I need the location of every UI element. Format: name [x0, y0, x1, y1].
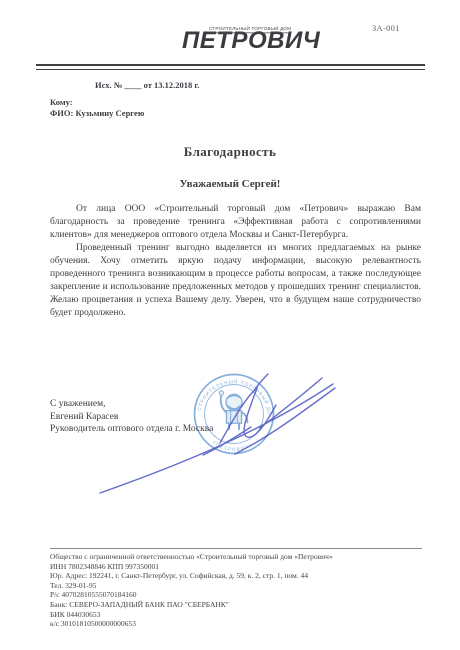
header-divider	[36, 64, 425, 70]
signoff-name: Евгений Карасев	[50, 411, 213, 424]
signoff-position: Руководитель оптового отдела г. Москва	[50, 423, 213, 436]
outgoing-ref-line: Исх. № ____ от 13.12.2018 г.	[95, 80, 199, 90]
footer-company-name: Общество с ограниченной ответственностью…	[50, 552, 430, 562]
doc-code: ЗА-001	[372, 23, 400, 33]
footer-phone: Тел. 329-01-95	[50, 581, 430, 591]
footer-divider	[50, 548, 422, 549]
footer-bank: Банк: СЕВЕРО-ЗАПАДНЫЙ БАНК ПАО "СБЕРБАНК…	[50, 600, 430, 610]
footer-inn-kpp: ИНН 7802348846 КПП 997350001	[50, 562, 430, 572]
paragraph-1: От лица ООО «Строительный торговый дом «…	[50, 203, 421, 242]
paragraph-2: Проведенный тренинг выгодно выделяется и…	[50, 242, 421, 320]
footer-address: Юр. Адрес: 192241, г. Санкт-Петербург, у…	[50, 571, 430, 581]
letter-title: Благодарность	[0, 144, 460, 160]
footer-account: Р/с 40702810555070184160	[50, 590, 430, 600]
recipient-block: Кому: ФИО: Кузьмину Сергею	[50, 97, 144, 119]
signoff-block: С уважением, Евгений Карасев Руководител…	[50, 398, 213, 436]
letter-page: ЗА-001 СТРОИТЕЛЬНЫЙ ТОРГОВЫЙ ДОМ ПЕТРОВИ…	[0, 0, 460, 650]
letter-body: От лица ООО «Строительный торговый дом «…	[50, 203, 421, 320]
logo-tagline: СТРОИТЕЛЬНЫЙ ТОРГОВЫЙ ДОМ	[209, 27, 291, 33]
recipient-name: ФИО: Кузьмину Сергею	[50, 108, 144, 119]
footer-bik: БИК 044030653	[50, 610, 430, 620]
salutation: Уважаемый Сергей!	[0, 178, 460, 190]
recipient-to-label: Кому:	[50, 97, 144, 108]
company-details-footer: Общество с ограниченной ответственностью…	[50, 552, 430, 629]
footer-corr-account: к/с 30101810500000000653	[50, 619, 430, 629]
signoff-regards: С уважением,	[50, 398, 213, 411]
petrovich-logo: СТРОИТЕЛЬНЫЙ ТОРГОВЫЙ ДОМ ПЕТРОВИЧ	[182, 26, 312, 56]
